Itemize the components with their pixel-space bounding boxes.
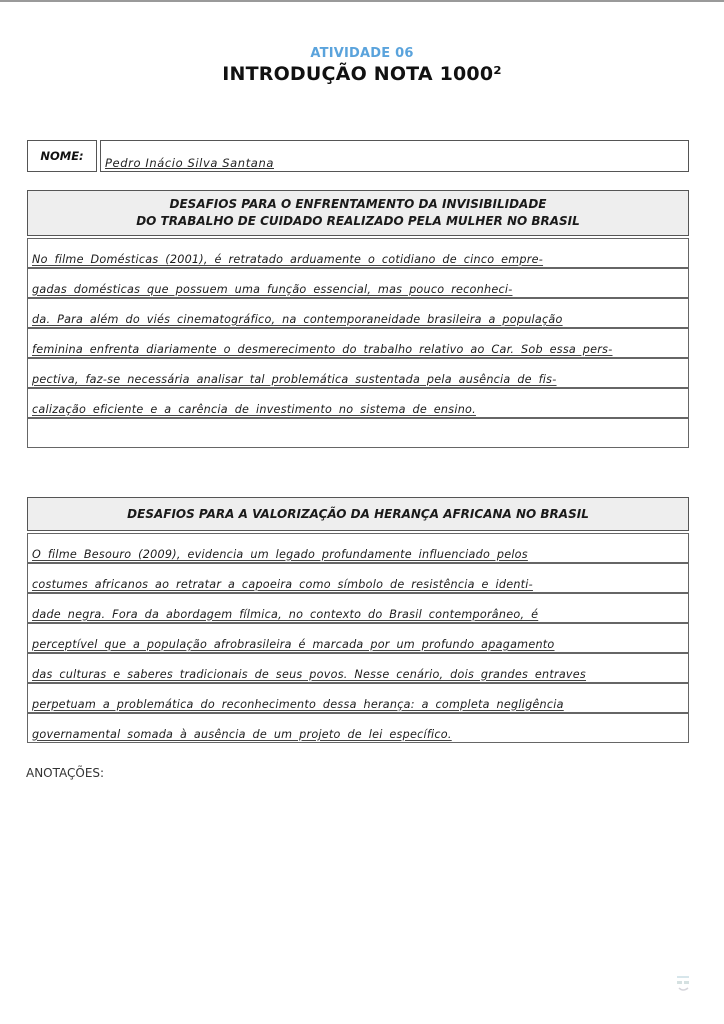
line-text: pectiva, faz-se necessária analisar tal … [32,373,684,386]
line-text: das culturas e saberes tradicionais de s… [32,668,684,681]
writing-lines: O filme Besouro (2009), evidencia um leg… [27,533,689,743]
name-value: Pedro Inácio Silva Santana [105,156,274,170]
section-heading-line: DESAFIOS PARA O ENFRENTAMENTO DA INVISIB… [170,196,547,213]
name-field[interactable]: Pedro Inácio Silva Santana [100,140,689,172]
name-row: NOME: Pedro Inácio Silva Santana [27,140,689,172]
activity-number: ATIVIDADE 06 [0,46,724,61]
line-text: feminina enfrenta diariamente o desmerec… [32,343,684,356]
line-text: da. Para além do viés cinematográfico, n… [32,313,684,326]
writing-line[interactable]: perceptível que a população afrobrasilei… [27,623,689,653]
line-text: governamental somada à ausência de um pr… [32,728,684,741]
page-title: INTRODUÇÃO NOTA 1000² [0,63,724,85]
line-text: perpetuam a problemática do reconhecimen… [32,698,684,711]
line-text: dade negra. Fora da abordagem fílmica, n… [32,608,684,621]
writing-line[interactable]: pectiva, faz-se necessária analisar tal … [27,358,689,388]
writing-line[interactable]: gadas domésticas que possuem uma função … [27,268,689,298]
writing-line[interactable]: das culturas e saberes tradicionais de s… [27,653,689,683]
section-heading: DESAFIOS PARA A VALORIZAÇÃO DA HERANÇA A… [27,497,689,531]
line-text: perceptível que a população afrobrasilei… [32,638,684,651]
annotations-label: ANOTAÇÕES: [26,766,104,780]
line-text: gadas domésticas que possuem uma função … [32,283,684,296]
line-text: costumes africanos ao retratar a capoeir… [32,578,684,591]
scan-watermark-icon [676,974,692,996]
writing-line[interactable]: No filme Domésticas (2001), é retratado … [27,238,689,268]
section-heading: DESAFIOS PARA O ENFRENTAMENTO DA INVISIB… [27,190,689,236]
name-label: NOME: [27,140,97,172]
writing-line[interactable]: O filme Besouro (2009), evidencia um leg… [27,533,689,563]
scan-edge [0,0,724,2]
writing-line[interactable]: perpetuam a problemática do reconhecimen… [27,683,689,713]
section-heading-line: DO TRABALHO DE CUIDADO REALIZADO PELA MU… [136,213,580,230]
writing-line[interactable]: dade negra. Fora da abordagem fílmica, n… [27,593,689,623]
section-heading-line: DESAFIOS PARA A VALORIZAÇÃO DA HERANÇA A… [127,506,589,523]
writing-line[interactable]: da. Para além do viés cinematográfico, n… [27,298,689,328]
writing-line[interactable]: calização eficiente e a carência de inve… [27,388,689,418]
writing-line[interactable]: feminina enfrenta diariamente o desmerec… [27,328,689,358]
line-text: calização eficiente e a carência de inve… [32,403,684,416]
line-text: O filme Besouro (2009), evidencia um leg… [32,548,684,561]
section-african-heritage: DESAFIOS PARA A VALORIZAÇÃO DA HERANÇA A… [27,497,689,743]
writing-line[interactable]: governamental somada à ausência de um pr… [27,713,689,743]
line-text: No filme Domésticas (2001), é retratado … [32,253,684,266]
writing-lines: No filme Domésticas (2001), é retratado … [27,238,689,448]
writing-line[interactable] [27,418,689,448]
section-women-care-work: DESAFIOS PARA O ENFRENTAMENTO DA INVISIB… [27,190,689,448]
writing-line[interactable]: costumes africanos ao retratar a capoeir… [27,563,689,593]
